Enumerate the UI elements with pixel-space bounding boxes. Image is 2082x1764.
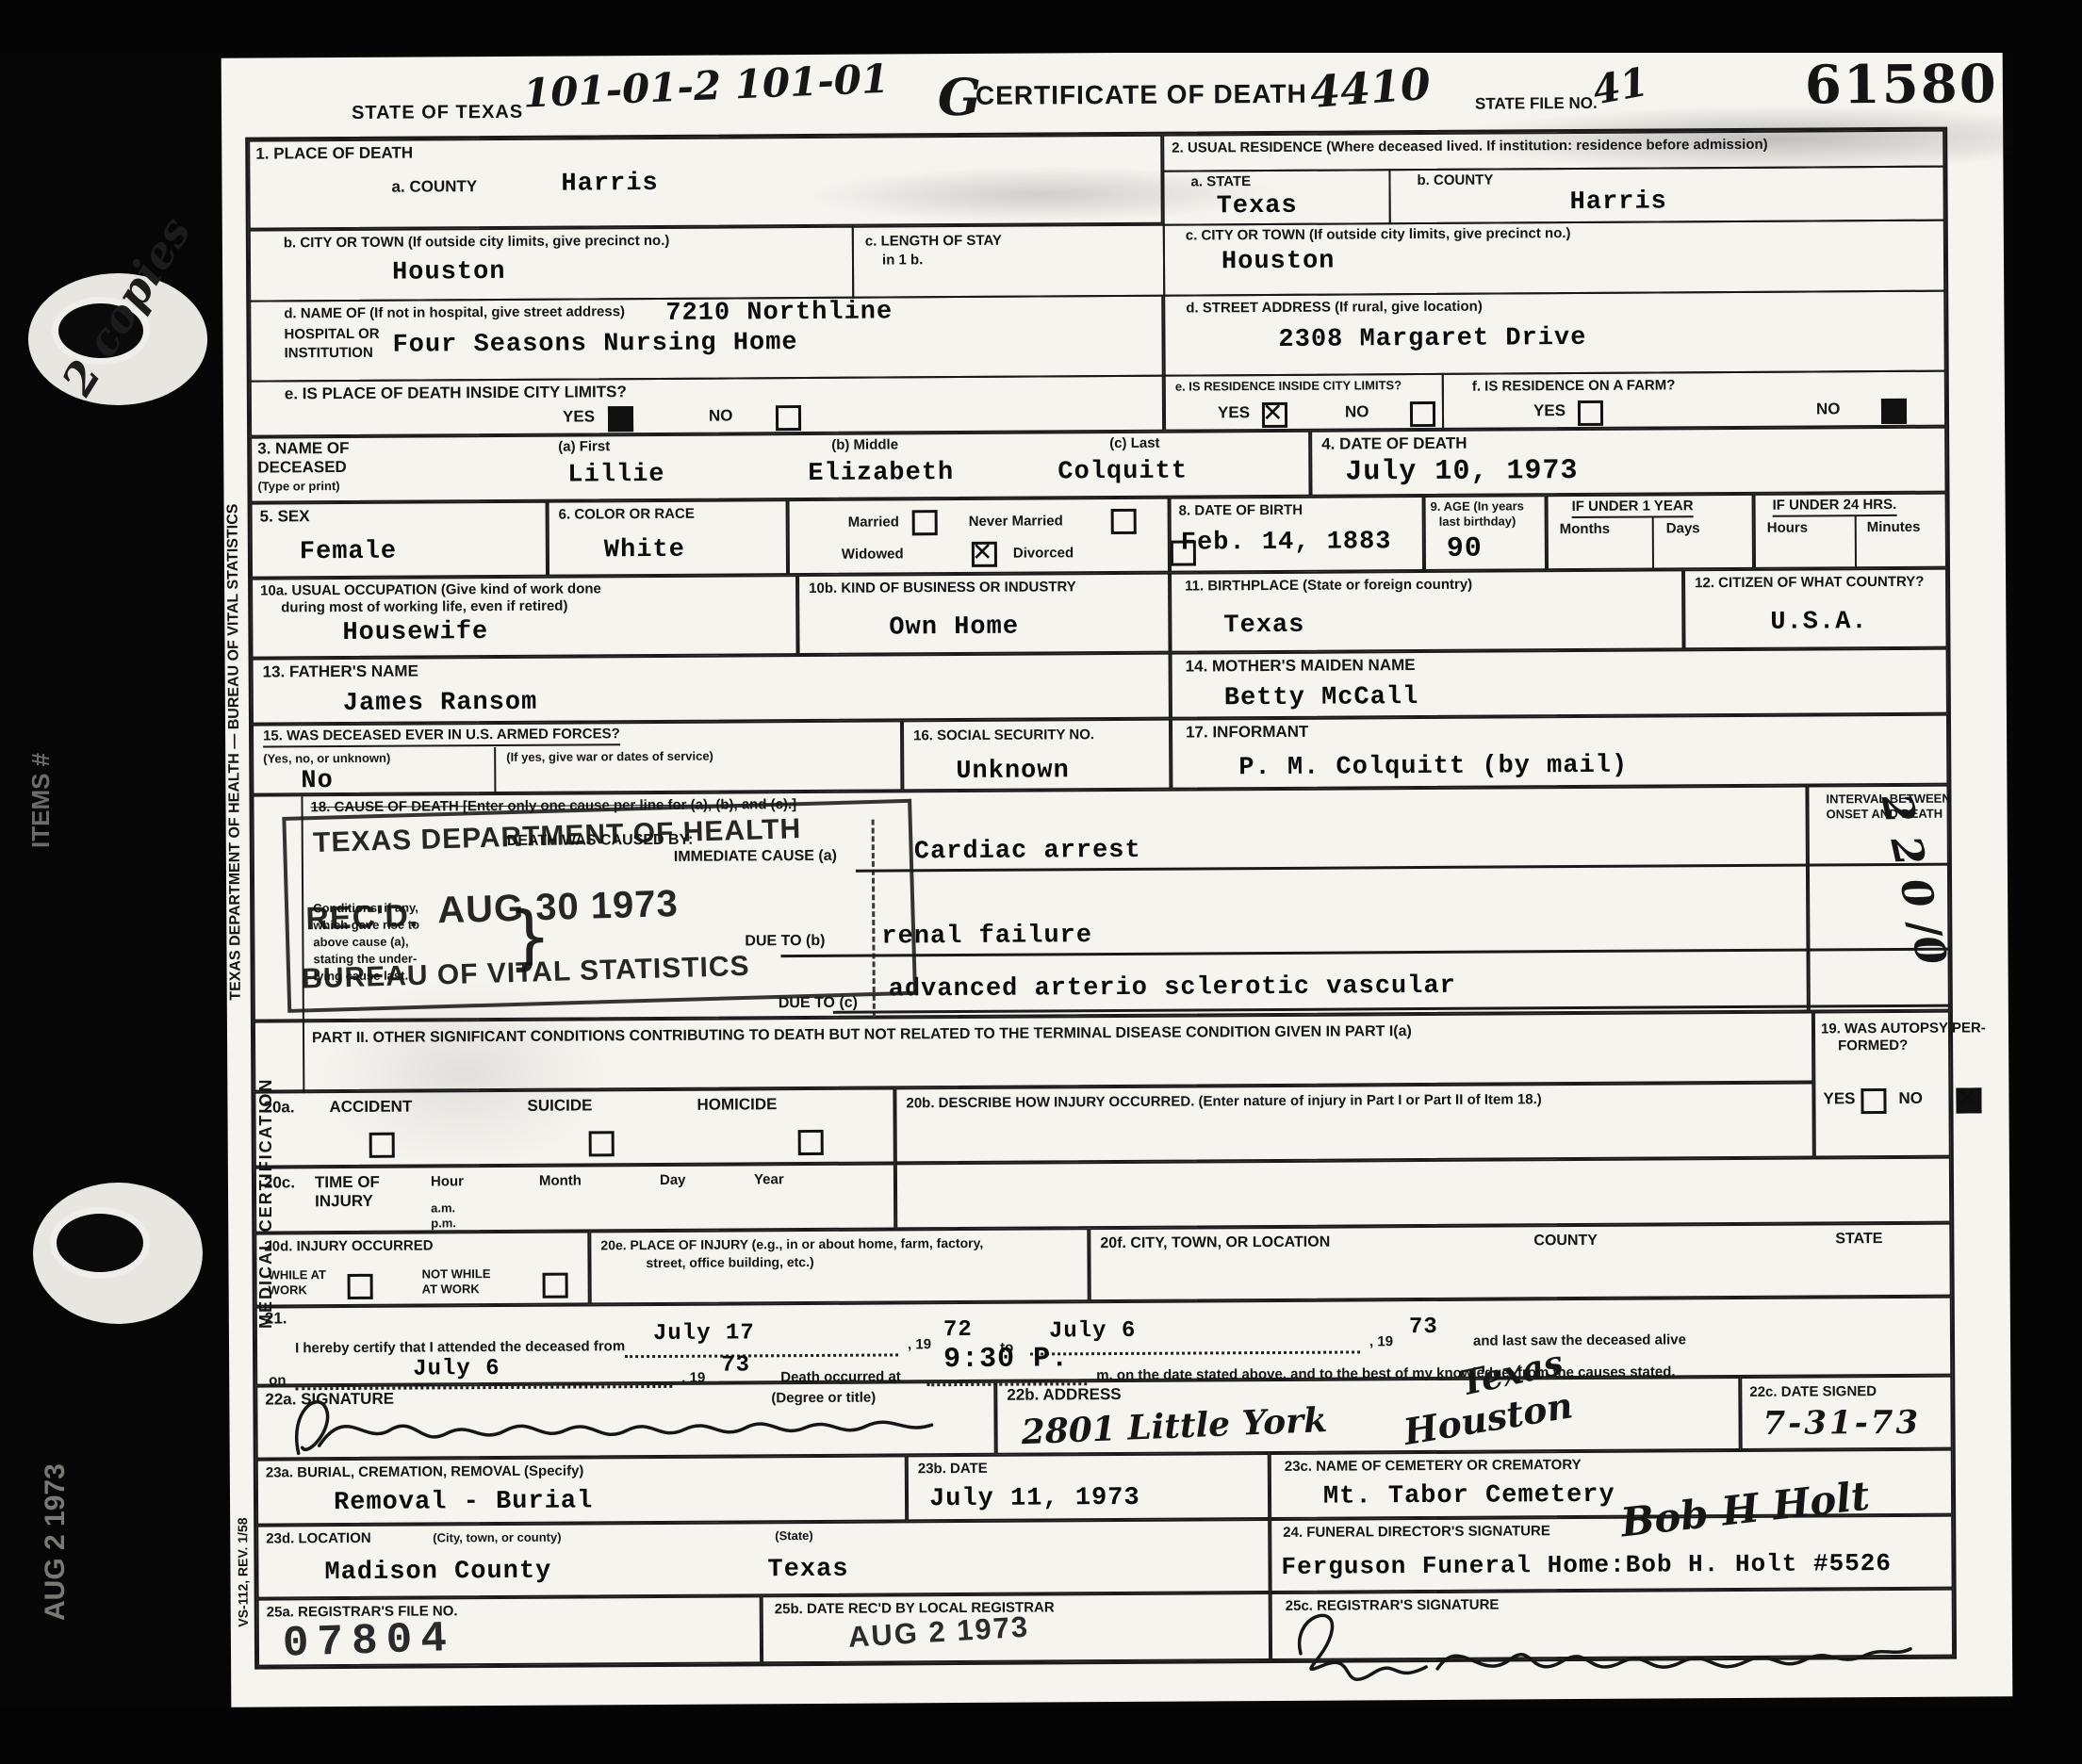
never-married-checkbox [1111,509,1137,534]
place-city-value: Houston [392,258,506,287]
armed-forces-value: No [301,767,334,795]
field-1e-city-limits: e. IS PLACE OF DEATH INSIDE CITY LIMITS?… [250,375,1164,437]
margin-received-date-stamp: AUG 2 1973 [40,1338,72,1621]
race-value: White [604,536,685,565]
scan-edge-right [2013,0,2082,1764]
name-last-value: Colquitt [1057,458,1188,487]
serial-number: 61580 [1805,53,1998,116]
field-1c-length-of-stay: c. LENGTH OF STAY in 1 b. [852,224,1165,299]
occupation-value: Housewife [342,618,488,647]
name-middle-value: Elizabeth [808,459,954,488]
burial-location-city-value: Madison County [324,1558,551,1587]
field-15-armed-forces: 15. WAS DECEASED EVER IN U.S. ARMED FORC… [252,720,902,794]
sex-value: Female [300,538,397,567]
physician-signature-scribble [281,1383,969,1461]
field-14-mothers-maiden-name: 14. MOTHER'S MAIDEN NAME Betty McCall [1171,648,1948,719]
burial-date-value: July 11, 1973 [929,1484,1140,1513]
field-2f-farm: f. IS RESIDENCE ON A FARM? YES NO [1442,370,1946,430]
field-25b-date-received: 25b. DATE REC'D BY LOCAL REGISTRAR AUG 2… [762,1592,1271,1663]
received-stamp: TEXAS DEPARTMENT OF HEALTH REC'D. AUG 30… [282,799,917,1013]
field-20f-city-county-state: 20f. CITY, TOWN, OR LOCATION COUNTY STAT… [1089,1223,1951,1302]
scan-edge-top [0,0,2082,53]
field-9-under-1-year: IF UNDER 1 YEAR Months Days [1547,494,1754,570]
residence-street-value: 2308 Margaret Drive [1278,324,1586,354]
place-limits-no-checkbox [776,405,801,431]
field-16-ssn: 16. SOCIAL SECURITY NO. Unknown [902,719,1171,792]
field-20a-accident-suicide-homicide: 20a. ACCIDENT SUICIDE HOMICIDE [254,1087,894,1167]
funeral-director-typed-value: Ferguson Funeral Home:Bob H. Holt #5526 [1281,1549,1892,1581]
address-written-value: 2801 Little York [1021,1400,1328,1452]
last-alive-year: 73 [721,1352,750,1378]
hospital-street-value: 7210 Northline [665,298,893,327]
field-24-funeral-director: 24. FUNERAL DIRECTOR'S SIGNATURE Ferguso… [1270,1515,1953,1592]
hospital-name-value: Four Seasons Nursing Home [392,329,797,360]
place-county-value: Harris [561,170,658,199]
autopsy-no-checkbox [1957,1087,1982,1113]
margin-items-stamp: ITEMS # [26,603,56,848]
fathers-name-value: James Ransom [343,689,538,718]
mothers-maiden-name-value: Betty McCall [1224,683,1419,712]
residence-limits-no-checkbox [1410,401,1435,427]
farm-no-checkbox [1881,399,1907,424]
field-6-color-or-race: 6. COLOR OR RACE White [548,499,788,577]
certificate-sheet: STATE OF TEXAS 101-01-2 101-01 G CERTIFI… [221,47,2013,1707]
married-checkbox [912,510,938,535]
attended-from-year: 72 [943,1317,973,1343]
field-20b-continued [895,1157,1951,1230]
not-while-at-work-checkbox [543,1273,568,1298]
industry-value: Own Home [889,613,1019,643]
field-8-date-of-birth: 8. DATE OF BIRTH Feb. 14, 1883 [1170,496,1424,573]
agency-vertical-label: TEXAS DEPARTMENT OF HEALTH — BUREAU OF V… [223,266,245,1001]
residence-limits-yes-checkbox [1262,402,1287,428]
field-2a-state: a. STATE Texas [1162,169,1390,225]
field-9-age: 9. AGE (In years last birthday) 90 [1424,495,1547,571]
field-1-header-county: 1. PLACE OF DEATH a. COUNTY Harris [248,135,1163,230]
ssn-value: Unknown [956,757,1070,786]
field-17-informant: 17. INFORMANT P. M. Colquitt (by mail) [1171,714,1948,790]
field-2d-street: d. STREET ADDRESS (If rural, give locati… [1163,290,1946,377]
attended-from-date: July 17 [653,1320,755,1347]
date-signed-value: 7-31-73 [1762,1404,1921,1443]
scan-edge-bottom [0,1707,2082,1764]
field-25c-registrar-signature: 25c. REGISTRAR'S SIGNATURE [1271,1589,1954,1660]
registrar-file-no-value: 07804 [282,1614,456,1669]
place-limits-yes-checkbox [608,406,633,432]
widowed-checkbox [972,542,997,567]
age-value: 90 [1447,533,1483,565]
field-13-fathers-name: 13. FATHER'S NAME James Ransom [252,653,1171,725]
scanned-death-certificate: { "margin": {"note":"2 copies","stamp_it… [0,0,2082,1764]
cemetery-name-value: Mt. Tabor Cemetery [1323,1481,1615,1511]
homicide-checkbox [798,1130,824,1155]
burial-type-value: Removal - Burial [334,1487,593,1517]
field-23d-location: 23d. LOCATION (City, town, or county) (S… [256,1519,1270,1599]
state-of-texas-label: STATE OF TEXAS [352,102,523,123]
field-1b-city: b. CITY OR TOWN (If outside city limits,… [249,226,854,302]
field-21-certification: 21. I hereby certify that I attended the… [255,1297,1952,1386]
field-3-name-of-deceased: 3. NAME OF DECEASED (Type or print) (a) … [250,431,1310,503]
field-11-birthplace: 11. BIRTHPLACE (State or foreign country… [1170,569,1684,652]
handwritten-file-number: 41 [1589,58,1651,114]
farm-yes-checkbox [1578,400,1603,426]
field-5-sex: 5. SEX Female [251,501,548,579]
last-alive-date: July 6 [413,1356,500,1382]
handwritten-code: 101-01-2 101-01 [522,56,890,117]
burial-location-state-value: Texas [767,1556,848,1585]
field-19-autopsy: 19. WAS AUTOPSY PER- FORMED? YES NO [1813,1011,1951,1158]
field-part2: PART II. OTHER SIGNIFICANT CONDITIONS CO… [254,1011,1813,1091]
field-10a-occupation: 10a. USUAL OCCUPATION (Give kind of work… [251,575,798,659]
field-20e-place-of-injury: 20e. PLACE OF INJURY (e.g., in or about … [589,1228,1089,1304]
residence-county-value: Harris [1570,188,1667,217]
field-22a-signature: 22a. SIGNATURE (Degree or title) [255,1381,995,1460]
field-9-under-24-hrs: IF UNDER 24 HRS. Hours Minutes [1754,493,1947,569]
name-first-value: Lillie [567,461,664,490]
registrar-signature-scribble [1287,1598,1928,1715]
field-22c-date-signed: 22c. DATE SIGNED 7-31-73 [1740,1376,1952,1450]
time-of-death-value: 9:30 P. [943,1343,1069,1376]
handwritten-cert-number: 4410 [1308,58,1433,119]
field-23a-burial-type: 23a. BURIAL, CREMATION, REMOVAL (Specify… [256,1455,907,1525]
field-20c-time-of-injury: 20c. TIME OF INJURY Hour a.m. p.m. Month… [254,1163,895,1233]
field-20b-describe-injury: 20b. DESCRIBE HOW INJURY OCCURRED. (Ente… [894,1082,1813,1163]
attended-to-date: July 6 [1049,1318,1137,1345]
margin-copies-note: 2 copies [52,208,201,404]
medical-certification-vertical-label: MEDICAL CERTIFICATION [256,801,276,1329]
field-25a-registrar-file-no: 25a. REGISTRAR'S FILE NO. 07804 [257,1595,762,1666]
field-2c-city: c. CITY OR TOWN (If outside city limits,… [1163,220,1945,297]
residence-state-value: Texas [1217,192,1298,221]
field-20d-injury-occurred: 20d. INJURY OCCURRED WHILE AT WORK NOT W… [254,1231,589,1306]
suicide-checkbox [589,1131,615,1156]
field-1d-hospital: d. NAME OF (If not in hospital, give str… [249,295,1164,383]
birthplace-value: Texas [1223,612,1304,641]
date-of-birth-value: Feb. 14, 1883 [1181,528,1392,557]
certificate-title: CERTIFICATE OF DEATH [975,80,1307,111]
field-2e-city-limits: e. IS RESIDENCE INSIDE CITY LIMITS? YES … [1164,373,1444,432]
field-23b-burial-date: 23b. DATE July 11, 1973 [907,1453,1270,1521]
while-at-work-checkbox [348,1274,373,1299]
field-12-citizen: 12. CITIZEN OF WHAT COUNTRY? U.S.A. [1683,568,1948,650]
form-code-vertical: VS-112, REV. 1/58 [234,1401,250,1627]
attended-to-year: 73 [1409,1315,1438,1340]
punch-hole-bottom [57,1214,143,1272]
due-to-c-value: advanced arterio sclerotic vascular [889,972,1456,1004]
accident-checkbox [369,1133,395,1158]
autopsy-yes-checkbox [1861,1088,1886,1114]
field-7-marital-status: Married Never Married Widowed Divorced [788,498,1170,575]
state-file-no-label: STATE FILE NO. [1475,95,1598,113]
field-4-date-of-death: 4. DATE OF DEATH July 10, 1973 [1310,427,1946,497]
field-18-cause-of-death: 18. CAUSE OF DEATH [Enter only one cause… [252,786,1808,1021]
field-22b-address: 22b. ADDRESS 2801 Little York Houston Te… [995,1377,1740,1455]
date-of-death-value: July 10, 1973 [1345,455,1578,489]
scan-white-patch [33,1183,203,1324]
certificate-form: 1. PLACE OF DEATH a. COUNTY Harris b. CI… [245,127,1957,1670]
citizen-value: U.S.A. [1770,608,1867,637]
informant-value: P. M. Colquitt (by mail) [1238,752,1628,783]
field-2b-county: b. COUNTY Harris [1388,166,1944,225]
immediate-cause-value: Cardiac arrest [914,837,1141,866]
field-10b-industry: 10b. KIND OF BUSINESS OR INDUSTRY Own Ho… [797,573,1171,655]
residence-city-value: Houston [1221,248,1336,277]
